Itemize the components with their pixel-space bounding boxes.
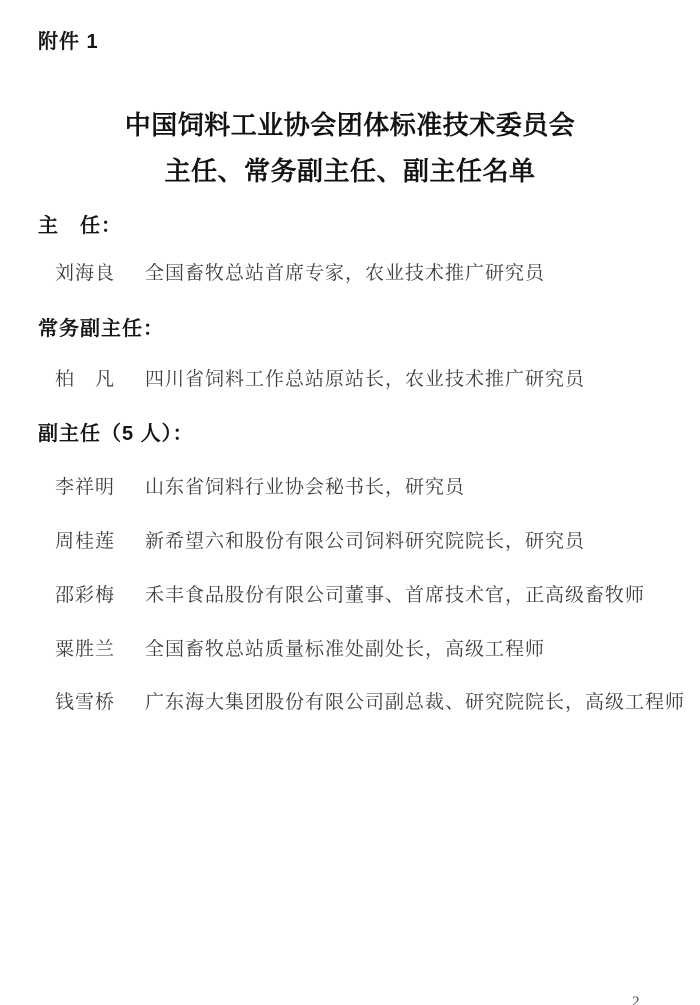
member-description: 全国畜牧总站首席专家，农业技术推广研究员 <box>145 263 545 286</box>
member-description: 山东省饲料行业协会秘书长，研究员 <box>145 477 465 500</box>
section-heading-executive-deputy-director: 常务副主任： <box>38 318 164 340</box>
member-description: 广东海大集团股份有限公司副总裁、研究院院长，高级工程师 <box>145 692 685 715</box>
section-heading-deputy-directors: 副主任（5 人）： <box>38 423 194 445</box>
member-name: 刘海良 <box>55 263 119 286</box>
member-name: 柏 凡 <box>55 369 119 392</box>
member-row: 刘海良 全国畜牧总站首席专家，农业技术推广研究员 <box>55 263 545 286</box>
member-description: 四川省饲料工作总站原站长，农业技术推广研究员 <box>145 369 585 392</box>
document-page: 附件 1 中国饲料工业协会团体标准技术委员会 主任、常务副主任、副主任名单 主 … <box>0 0 700 1005</box>
member-row: 柏 凡 四川省饲料工作总站原站长，农业技术推广研究员 <box>55 369 585 392</box>
page-number: 2 <box>632 994 640 1005</box>
attachment-label: 附件 1 <box>38 31 99 53</box>
member-name: 周桂莲 <box>55 531 119 554</box>
member-name: 邵彩梅 <box>55 585 119 608</box>
member-description: 禾丰食品股份有限公司董事、首席技术官，正高级畜牧师 <box>145 585 645 608</box>
member-description: 新希望六和股份有限公司饲料研究院院长，研究员 <box>145 531 585 554</box>
member-row: 邵彩梅 禾丰食品股份有限公司董事、首席技术官，正高级畜牧师 <box>55 585 645 608</box>
member-row: 粟胜兰 全国畜牧总站质量标准处副处长，高级工程师 <box>55 639 545 662</box>
member-row: 钱雪桥 广东海大集团股份有限公司副总裁、研究院院长，高级工程师 <box>55 692 685 715</box>
member-name: 粟胜兰 <box>55 639 119 662</box>
section-heading-director: 主 任： <box>38 215 122 237</box>
document-title-line1: 中国饲料工业协会团体标准技术委员会 <box>0 110 700 141</box>
document-title-line2: 主任、常务副主任、副主任名单 <box>0 156 700 187</box>
member-description: 全国畜牧总站质量标准处副处长，高级工程师 <box>145 639 545 662</box>
member-name: 钱雪桥 <box>55 692 119 715</box>
member-name: 李祥明 <box>55 477 119 500</box>
member-row: 李祥明 山东省饲料行业协会秘书长，研究员 <box>55 477 465 500</box>
member-row: 周桂莲 新希望六和股份有限公司饲料研究院院长，研究员 <box>55 531 585 554</box>
